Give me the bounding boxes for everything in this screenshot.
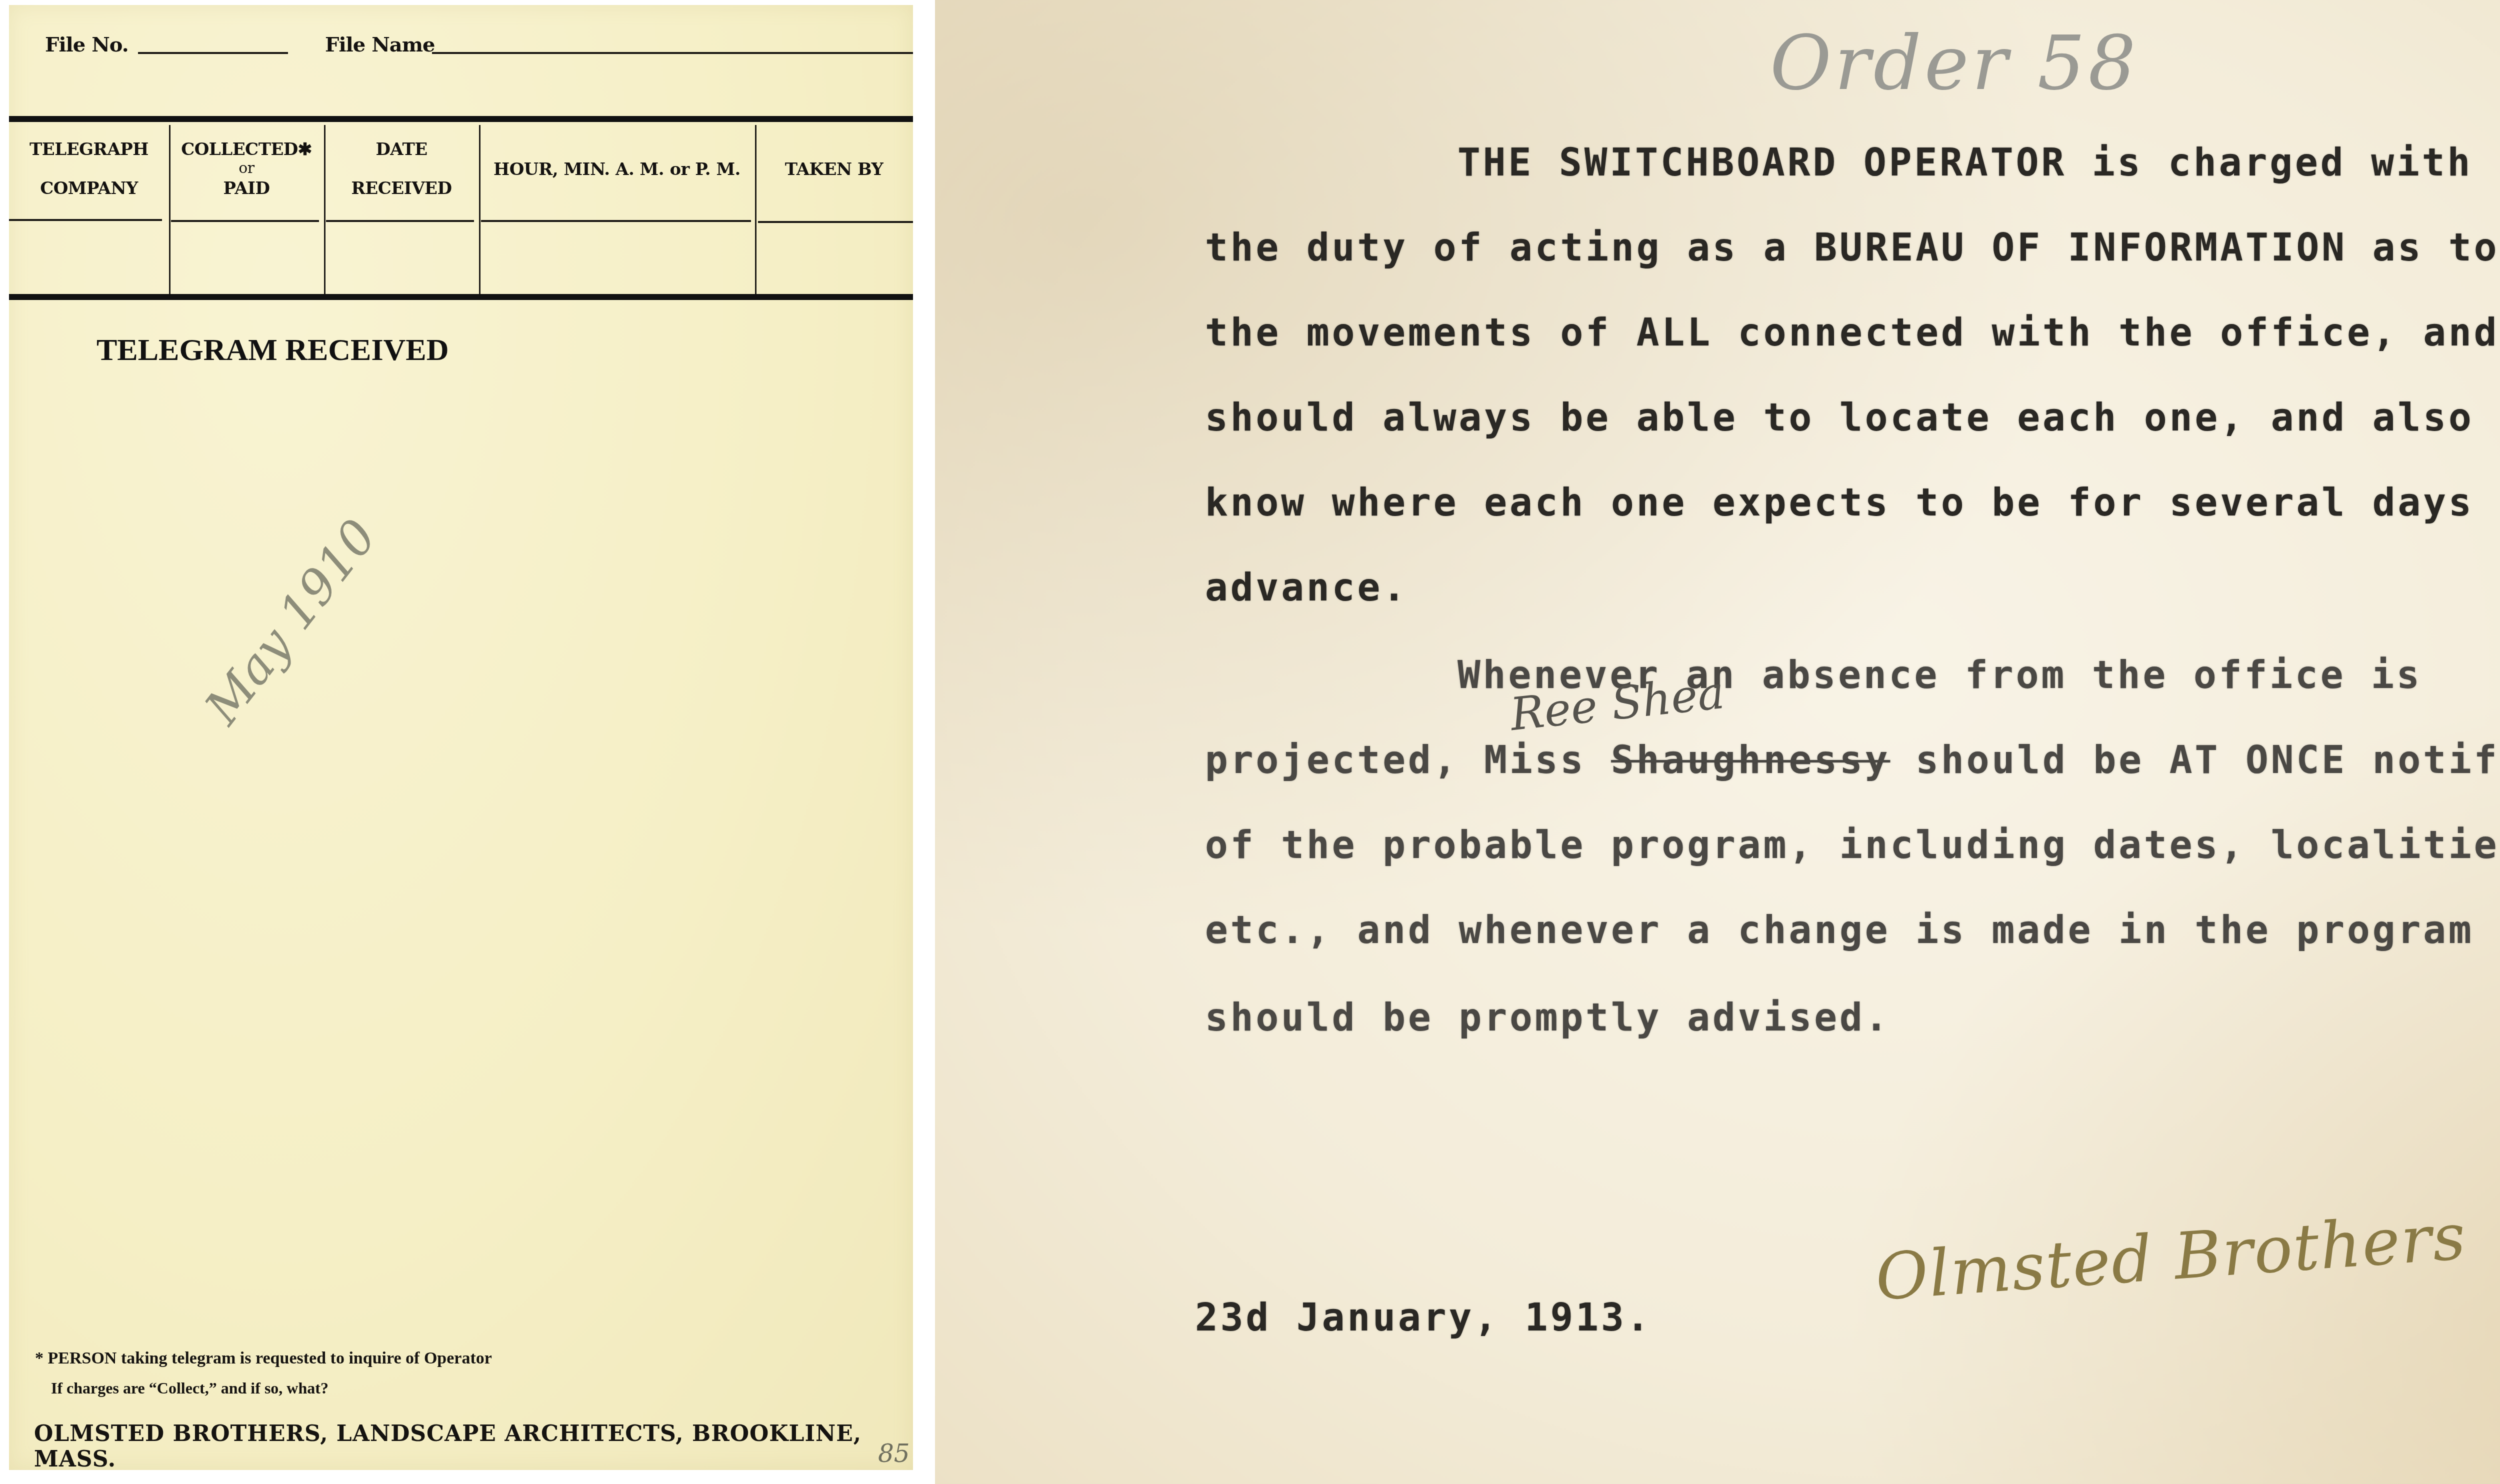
header-line: DATE (324, 141, 479, 158)
memo-date: 23d January, 1913. (1195, 1295, 1652, 1339)
memo-page: Order 58 THE SWITCHBOARD OPERATOR is cha… (935, 0, 2500, 1484)
memo-text: should be AT ONCE notified (1890, 737, 2500, 782)
struck-name: Shaughnessy (1611, 737, 1890, 782)
memo-line: advance. (1205, 565, 1408, 609)
header-top-rule (9, 116, 913, 122)
header-line: PAID (169, 180, 324, 197)
column-header-hour-min: HOUR, MIN. A. M. or P. M. (479, 161, 755, 178)
memo-text: projected, Miss (1205, 737, 1611, 782)
field-line-hour (481, 220, 751, 222)
header-line: COMPANY (9, 180, 169, 197)
memo-line: should always be able to locate each one… (1205, 395, 2474, 439)
page-number: 85 (878, 1439, 910, 1468)
file-name-blank (432, 52, 913, 54)
column-header-telegraph-company: TELEGRAPH COMPANY (9, 141, 169, 197)
column-header-collected-or-paid: COLLECTED✱ or PAID (169, 141, 324, 197)
column-header-taken-by: TAKEN BY (755, 161, 913, 178)
memo-line: should be promptly advised. (1205, 995, 1890, 1039)
form-title: TELEGRAM RECEIVED (96, 332, 449, 368)
memo-line: the movements of ALL connected with the … (1205, 310, 2499, 354)
memo-line-with-correction: projected, Miss Shaughnessy should be AT… (1205, 737, 2500, 782)
field-line-telegraph-company (9, 219, 162, 221)
header-line: HOUR, MIN. A. M. or P. M. (479, 161, 755, 178)
footnote-line-2: If charges are “Collect,” and if so, wha… (51, 1379, 328, 1397)
memo-line: know where each one expects to be for se… (1205, 480, 2500, 524)
column-header-date-received: DATE RECEIVED (324, 141, 479, 197)
footnote-line-1: * PERSON taking telegram is requested to… (35, 1349, 492, 1368)
handwritten-date-note: May 1910 (194, 509, 387, 734)
file-no-blank (138, 52, 288, 54)
memo-line: the duty of acting as a BUREAU OF INFORM… (1205, 225, 2499, 269)
header-line: or (169, 161, 324, 176)
file-name-label: File Name (325, 33, 434, 56)
signature: Olmsted Brothers (1873, 1199, 2468, 1315)
field-line-date (326, 220, 474, 222)
header-line: TAKEN BY (755, 161, 913, 178)
memo-line: etc., and whenever a change is made in t… (1205, 907, 2500, 952)
memo-line: of the probable program, including dates… (1205, 822, 2500, 867)
header-line: RECEIVED (324, 180, 479, 197)
header-line: COLLECTED✱ (169, 141, 324, 158)
firm-imprint: OLMSTED BROTHERS, LANDSCAPE ARCHITECTS, … (34, 1421, 913, 1472)
field-line-collected (171, 220, 319, 222)
header-bottom-rule (9, 294, 913, 300)
column-divider (755, 125, 756, 295)
file-no-label: File No. (45, 33, 128, 56)
telegram-form-page: File No. File Name TELEGRAPH COMPANY COL… (9, 5, 913, 1470)
column-divider (479, 125, 480, 295)
handwritten-order-number: Order 58 (1770, 20, 2139, 107)
header-line: TELEGRAPH (9, 141, 169, 158)
memo-line: THE SWITCHBOARD OPERATOR is charged with (1457, 140, 2472, 184)
field-line-taken-by (758, 221, 913, 223)
